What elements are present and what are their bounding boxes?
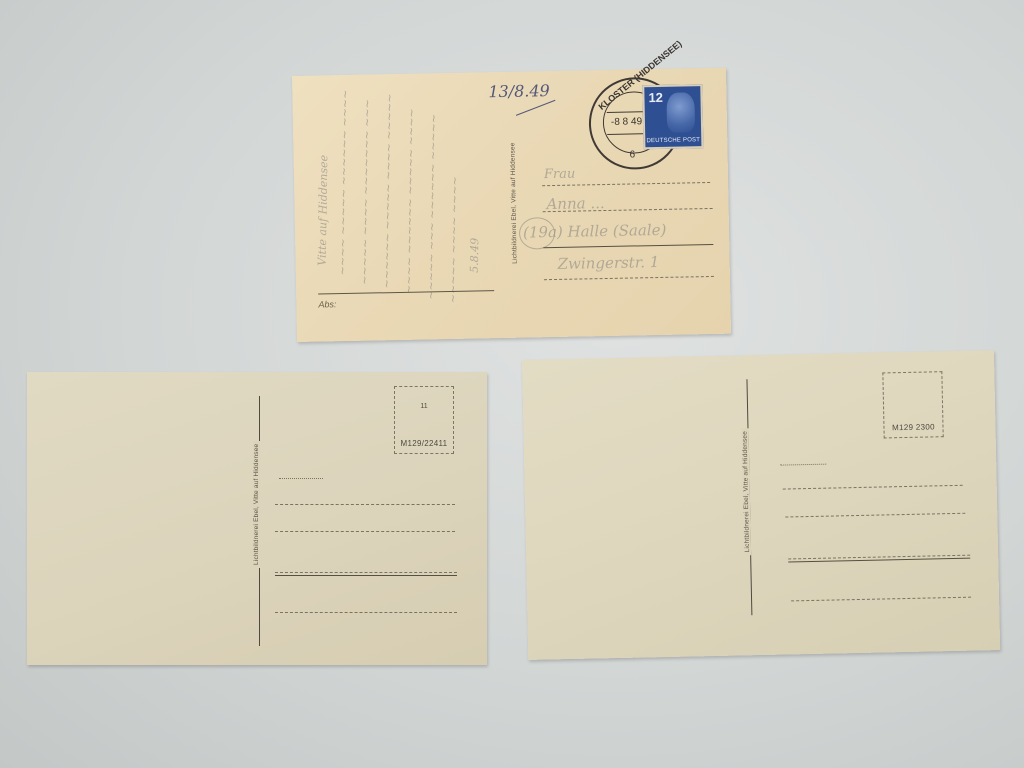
handwritten-message: Vitte auf Hiddensee [316,155,331,266]
pencil-underline [516,100,556,116]
message-line: ~~~~~~ ~~~~~ ~~~~ ~~~~~ [380,94,396,289]
stamp-box-code: M129 2300 [884,422,942,432]
stamp-box: 11 M129/22411 [394,386,454,454]
message-date-text: 5.8.49 [468,238,482,273]
stamp-country: DEUTSCHE POST [645,137,701,144]
address-line-1: Frau [544,167,576,183]
stamp-box-number [884,388,942,389]
address-line-3: (19a) Halle (Saale) [523,221,667,242]
postcard-bottom-left-blank: Lichtbildnerei Ebel, Vitte auf Hiddensee… [27,372,487,665]
postmark-number: 6 [629,149,635,160]
postcard-bottom-right-blank: Lichtbildnerei Ebel, Vitte auf Hiddensee… [522,350,1000,660]
message-date: 5.8.49 [468,238,482,273]
message-line: ~~~~~ ~~~ ~~~~~~ ~~~~~ [424,114,440,300]
address-solid-line [543,244,713,248]
message-line: ~~~~ ~~~~~~ ~~~~~ ~~~~ [402,108,418,294]
short-dotted-line [279,478,323,479]
address-dashed-line [275,612,457,613]
publisher-imprint: Lichtbildnerei Ebel, Vitte auf Hiddensee [253,441,260,568]
address-dashed-line [785,513,965,518]
message-line: Vitte auf Hiddensee [316,155,331,266]
address-dashed-line [542,182,710,186]
postage-stamp: 12 DEUTSCHE POST [642,84,703,149]
stamp-value: 12 [648,90,663,105]
postcard-top-written: Vitte auf Hiddensee ~~~~ ~~~~~ ~~~~~~ ~~… [292,68,731,342]
stamp-box-code: M129/22411 [395,439,453,448]
address-dashed-line [275,504,455,505]
portrait-icon [666,92,695,133]
message-line: ~~~~ ~~~~~ ~~~~~~ ~~~~ [336,90,352,276]
sender-label: Abs: [318,299,336,309]
stamp-box-number: 11 [395,403,453,410]
pencil-date-note: 13/8.49 [488,81,550,101]
address-dashed-line [275,572,457,573]
message-line: ~~~~~ ~~~~ ~~~~~~~ ~~~ [358,99,374,285]
address-solid-line [275,575,457,576]
address-dashed-line [544,276,714,280]
postmark-date: -8 8 49 [611,116,642,128]
address-dashed-line [791,597,971,602]
address-line-4: Zwingerstr. 1 [557,253,659,273]
short-dotted-line [780,464,826,466]
address-dashed-line [783,485,963,490]
address-dashed-line [275,531,455,532]
message-line: ~~~~~ ~~~~ ~~~~ [446,176,461,303]
publisher-imprint: Lichtbildnerei Ebel, Vitte auf Hiddensee [509,142,518,263]
stamp-box: M129 2300 [882,371,943,438]
publisher-imprint: Lichtbildnerei Ebel, Vitte auf Hiddensee [741,428,751,555]
